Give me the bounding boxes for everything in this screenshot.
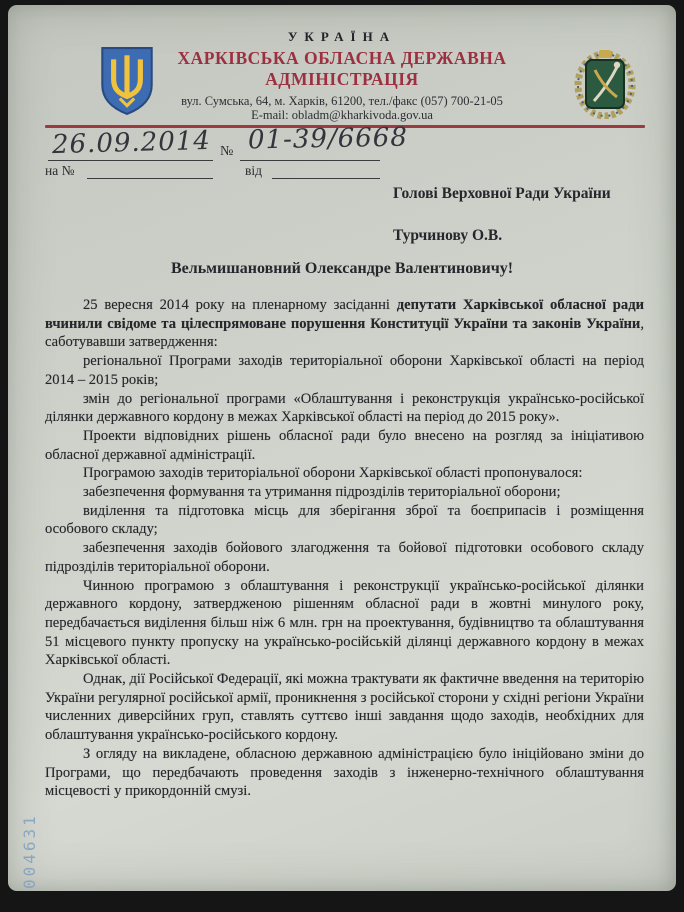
number-sign-label: №	[220, 144, 233, 160]
on-number-label: на №	[45, 163, 74, 179]
on-number-underline	[87, 178, 213, 179]
addressee-name: Турчинову О.В.	[393, 227, 502, 245]
paragraph: Проекти відповідних рішень обласної ради…	[45, 427, 644, 464]
paragraph: змін до регіональної програми «Облаштува…	[45, 390, 644, 427]
letter-body: 25 вересня 2014 року на пленарному засід…	[45, 296, 644, 801]
from-date-label: від	[245, 163, 262, 179]
country-title: УКРАЇНА	[8, 29, 676, 45]
letter-page: УКРАЇНА ХАРКІВСЬКА ОБЛАСНА ДЕРЖАВНА АДМІ…	[8, 5, 676, 891]
handwritten-outgoing-number: 01-39/6668	[248, 123, 408, 156]
ukraine-trident-emblem-icon	[96, 45, 158, 117]
paragraph: забезпечення формування та утримання під…	[45, 483, 644, 502]
handwritten-date: 26.09.2014	[52, 126, 212, 160]
archive-stamp-number: 004631	[20, 775, 40, 889]
from-date-underline	[272, 178, 380, 179]
paragraph: Однак, дії Російської Федерації, які мож…	[45, 670, 644, 745]
date-underline	[48, 160, 213, 161]
kharkiv-oblast-emblem-icon	[573, 49, 637, 119]
addressee-title: Голові Верховної Ради України	[393, 185, 611, 203]
paragraph: виділення та підготовка місць для зберіг…	[45, 502, 644, 539]
paragraph: Чинною програмою з облаштування і реконс…	[45, 577, 644, 671]
paragraph: Програмою заходів територіальної оборони…	[45, 464, 644, 483]
paragraph-opening: 25 вересня 2014 року на пленарному засід…	[45, 296, 644, 352]
salutation: Вельмишановний Олександре Валентиновичу!	[8, 260, 676, 278]
paragraph: забезпечення заходів бойового злагодженн…	[45, 539, 644, 576]
scanned-letter-photo: УКРАЇНА ХАРКІВСЬКА ОБЛАСНА ДЕРЖАВНА АДМІ…	[0, 0, 684, 912]
number-underline	[240, 160, 380, 161]
paragraph: регіональної Програми заходів територіал…	[45, 352, 644, 389]
paragraph: З огляду на викладене, обласною державно…	[45, 745, 644, 801]
opening-pre: 25 вересня 2014 року на пленарному засід…	[83, 297, 397, 313]
